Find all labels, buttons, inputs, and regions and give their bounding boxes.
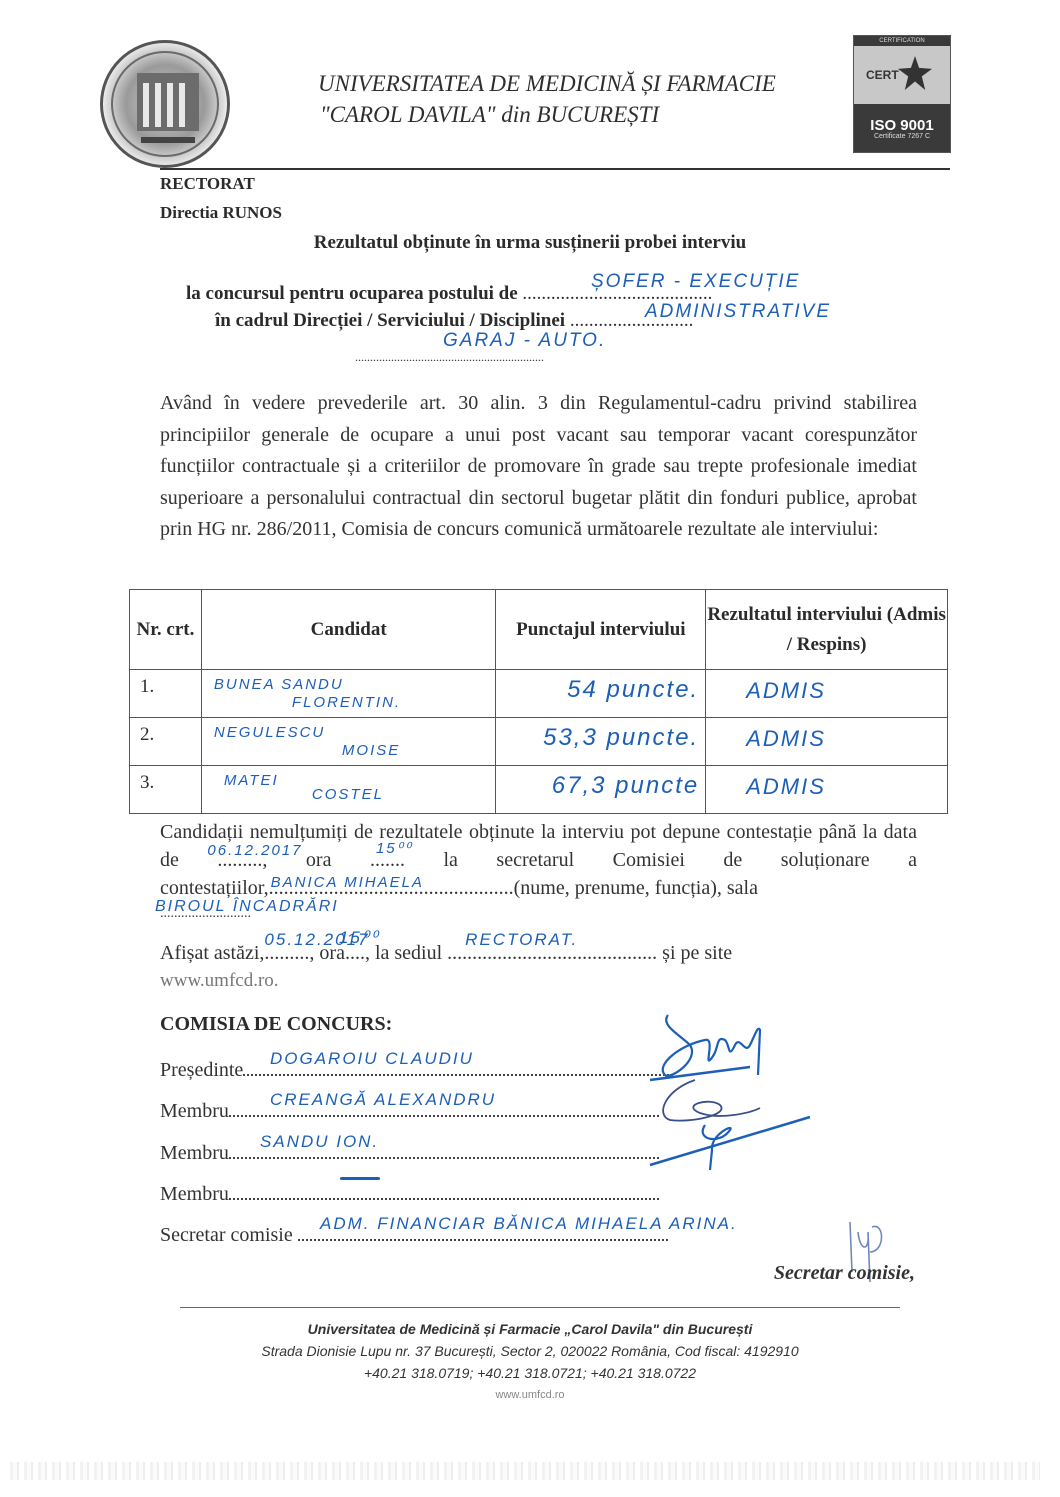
commission-member: Membru SANDU ION. <box>160 1142 659 1165</box>
contestation-ora-field: .......15⁰⁰ <box>370 849 405 871</box>
row-score: 54 puncte. <box>496 670 706 718</box>
posted-date-field: .........,05.12.2017 <box>264 942 314 964</box>
header-nr: Nr. crt. <box>130 590 202 670</box>
posted-site-label: și pe site <box>662 942 732 964</box>
table-row: 2. NEGULESCU MOISE 53,3 puncte. ADMIS <box>130 718 948 766</box>
footer-university: Universitatea de Medicină și Farmacie „C… <box>0 1318 1060 1340</box>
table-header-row: Nr. crt. Candidat Punctajul interviului … <box>130 590 948 670</box>
row-candidate: MATEI COSTEL <box>201 766 496 814</box>
row-nr: 2. <box>130 718 202 766</box>
footer: Universitatea de Medicină și Farmacie „C… <box>0 1318 1060 1406</box>
university-title: UNIVERSITATEA DE MEDICINĂ ȘI FARMACIE "C… <box>318 68 776 130</box>
posted-label: Afișat astăzi, <box>160 942 264 964</box>
sub-department-value: GARAJ - AUTO. <box>443 330 606 352</box>
posted-ora: 15⁰⁰ <box>339 928 380 948</box>
member-role: Secretar comisie <box>160 1224 293 1247</box>
table-row: 3. MATEI COSTEL 67,3 puncte ADMIS <box>130 766 948 814</box>
results-table: Nr. crt. Candidat Punctajul interviului … <box>129 589 948 814</box>
iso-standard: ISO 9001 <box>854 118 950 133</box>
contestation-name-field: ........................................… <box>269 877 514 899</box>
contestation-date-field: .........06.12.2017 <box>217 849 262 871</box>
header-score: Punctajul interviului <box>496 590 706 670</box>
commission-member: Membru <box>160 1183 659 1206</box>
candidate-first: BUNEA SANDU <box>214 676 344 693</box>
candidate-first: NEGULESCU <box>214 724 325 741</box>
seal-motto <box>141 137 195 143</box>
iso-standard-block: ISO 9001 Certificate 7267 C <box>854 104 950 152</box>
contestation-part3: (nume, prenume, funcția), sala <box>514 877 758 899</box>
sala-value: BIROUL ÎNCADRĂRI <box>155 898 339 916</box>
signature-icon <box>610 1005 850 1175</box>
iso-certificate-number: Certificate 7267 C <box>854 133 950 140</box>
row-result: ADMIS <box>706 766 948 814</box>
position-value: ȘOFER - EXECUȚIE <box>591 271 800 293</box>
university-seal-icon <box>100 40 230 168</box>
row-result: ADMIS <box>706 670 948 718</box>
scan-artifact <box>10 1462 1040 1480</box>
member-name: ADM. FINANCIAR BĂNICA MIHAELA ARINA. <box>320 1214 738 1234</box>
footer-divider <box>180 1307 900 1308</box>
university-title-line2: "CAROL DAVILA" din BUCUREȘTI <box>318 99 776 130</box>
commission-member-president: Președinte DOGAROIU CLAUDIU <box>160 1059 673 1082</box>
candidate-last: COSTEL <box>312 786 384 803</box>
member-role: Membru <box>160 1183 229 1206</box>
footer-phones: +40.21 318.0719; +40.21 318.0721; +40.21… <box>0 1362 1060 1384</box>
position-line: la concursul pentru ocuparea postului de… <box>186 283 712 305</box>
seal-building-icon <box>137 73 199 131</box>
member-empty-dash <box>340 1177 380 1180</box>
star-icon <box>898 56 932 90</box>
member-role: Președinte <box>160 1059 243 1082</box>
posted-sediu-label: la sediul <box>375 942 442 964</box>
commission-secretary: Secretar comisie ADM. FINANCIAR BĂNICA M… <box>160 1224 668 1247</box>
candidate-first: MATEI <box>224 772 279 789</box>
contestation-date: 06.12.2017 <box>207 837 302 865</box>
header-divider <box>160 168 950 170</box>
department-directia: Directia RUNOS <box>160 203 282 223</box>
commission-member: Membru CREANGĂ ALEXANDRU <box>160 1100 659 1123</box>
candidate-last: MOISE <box>342 742 400 759</box>
candidate-last: FLORENTIN. <box>292 694 401 711</box>
header-result: Rezultatul interviului (Admis / Respins) <box>706 590 948 670</box>
department-value: ADMINISTRATIVE <box>645 301 831 323</box>
contestation-name: BANICA MIHAELA <box>271 869 424 897</box>
sub-department-line: GARAJ - AUTO. ..........................… <box>355 332 700 365</box>
member-name: DOGAROIU CLAUDIU <box>270 1049 474 1069</box>
posted-line: Afișat astăzi,.........,05.12.2017 ora..… <box>160 942 732 965</box>
footer-website[interactable]: www.umfcd.ro <box>0 1384 1060 1406</box>
row-candidate: BUNEA SANDU FLORENTIN. <box>201 670 496 718</box>
commission-title: COMISIA DE CONCURS: <box>160 1013 392 1036</box>
row-score: 53,3 puncte. <box>496 718 706 766</box>
row-result: ADMIS <box>706 718 948 766</box>
row-candidate: NEGULESCU MOISE <box>201 718 496 766</box>
member-name: SANDU ION. <box>260 1132 379 1152</box>
row-score: 67,3 puncte <box>496 766 706 814</box>
document-title: Rezultatul obținute în urma susținerii p… <box>0 232 1060 254</box>
legal-paragraph: Având în vedere prevederile art. 30 alin… <box>160 388 917 546</box>
posted-site-link[interactable]: www.umfcd.ro. <box>160 970 279 992</box>
iso-brand: CERT <box>866 68 899 82</box>
member-name: CREANGĂ ALEXANDRU <box>270 1090 496 1110</box>
row-nr: 3. <box>130 766 202 814</box>
member-role: Membru <box>160 1100 229 1123</box>
member-role: Membru <box>160 1142 229 1165</box>
posted-sediu: RECTORAT. <box>465 930 578 950</box>
certind-logo: CERT <box>854 46 950 104</box>
footer-address: Strada Dionisie Lupu nr. 37 București, S… <box>0 1340 1060 1362</box>
posted-ora-field: ....,15⁰⁰ <box>345 942 370 964</box>
contestation-ora: 15⁰⁰ <box>376 835 413 863</box>
department-rectorat: RECTORAT <box>160 174 255 194</box>
contestation-paragraph: Candidații nemulțumiți de rezultatele ob… <box>160 818 917 902</box>
row-nr: 1. <box>130 670 202 718</box>
table-row: 1. BUNEA SANDU FLORENTIN. 54 puncte. ADM… <box>130 670 948 718</box>
member-dotline <box>229 1186 659 1200</box>
secretary-signature-label: Secretar comisie, <box>774 1262 915 1285</box>
posted-sediu-field: ........................................… <box>447 942 657 964</box>
iso-top-label: CERTIFICATION <box>854 36 950 46</box>
position-label: la concursul pentru ocuparea postului de <box>186 283 518 304</box>
header-candidate: Candidat <box>201 590 496 670</box>
iso-certification-badge: CERTIFICATION CERT ISO 9001 Certificate … <box>853 35 951 153</box>
university-title-line1: UNIVERSITATEA DE MEDICINĂ ȘI FARMACIE <box>318 68 776 99</box>
